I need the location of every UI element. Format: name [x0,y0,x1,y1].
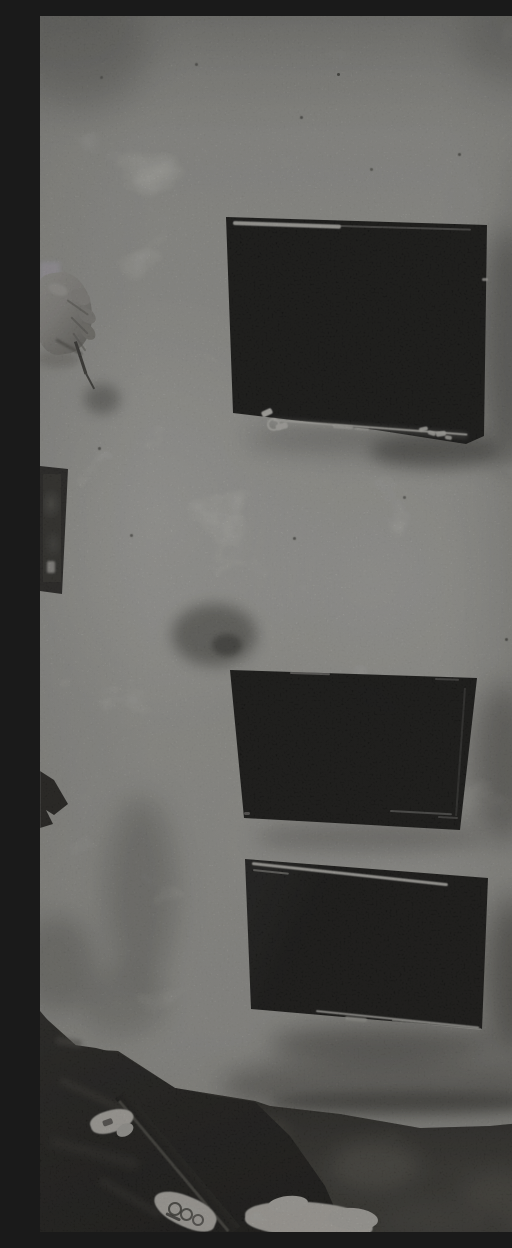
wall-smudge-below-hand [84,384,120,414]
tv-bottom-screen-sheen [245,857,490,1032]
photograph [40,16,512,1232]
wall-smudge-mid-left-core [212,634,242,656]
floor-mottle-a [330,1141,420,1191]
framed-panel-glint [47,561,55,573]
tv-middle-corner-speck [244,812,250,815]
wall-speckles [337,73,340,76]
tv-middle-screen [229,668,477,831]
tv-top-edge-speck [482,278,488,281]
wall-streak-left-vertical [106,796,176,986]
floor-mottle-d [380,1201,490,1232]
tv-bottom-screen [245,857,490,1032]
wall-smudge-mid-left [172,604,257,666]
sneaker-lace-loop-c [192,1214,204,1226]
